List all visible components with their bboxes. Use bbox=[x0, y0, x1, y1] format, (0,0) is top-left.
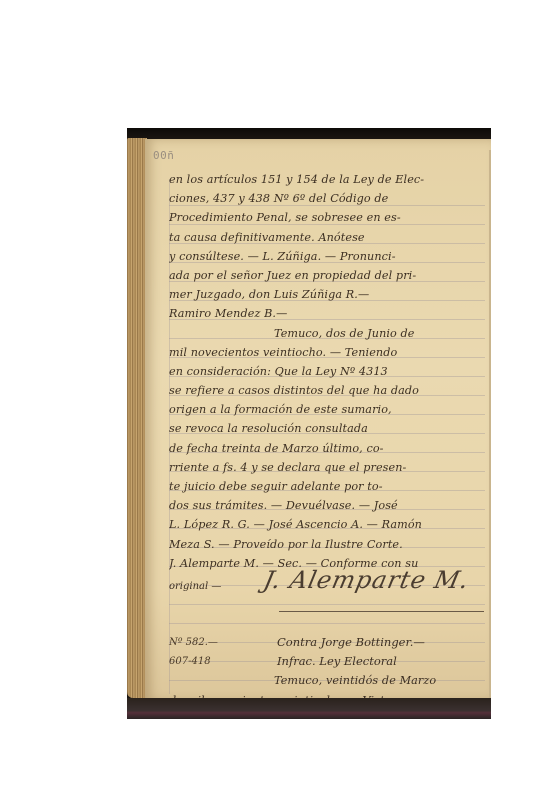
text-line: original — bbox=[169, 577, 221, 596]
case-subject: Infrac. Ley Electoral bbox=[277, 652, 397, 671]
entry-two-first-line: 3º Temuco, dos de Junio de bbox=[169, 324, 489, 343]
text-line: ta causa definitivamente. Anótese bbox=[169, 228, 489, 247]
spacer bbox=[169, 611, 489, 633]
case-header: 607-418 Infrac. Ley Electoral bbox=[169, 652, 489, 671]
text-line: se refiere a casos distintos del que ha … bbox=[169, 381, 489, 400]
text-line: se revoca la resolución consultada bbox=[169, 419, 489, 438]
signature: J. Alemparte M. bbox=[262, 571, 471, 590]
signature-row: original — J. Alemparte M. bbox=[169, 573, 489, 611]
case-folio: 607-418 bbox=[169, 652, 211, 671]
case-header: Nº 582.— Contra Jorge Bottinger.— bbox=[169, 633, 489, 652]
text-line: Meza S. — Proveído por la Ilustre Corte. bbox=[169, 535, 489, 554]
ledger-page: 00ñ en los artículos 151 y 154 de la Ley… bbox=[145, 139, 491, 701]
text-line: ada por el señor Juez en propiedad del p… bbox=[169, 266, 489, 285]
page-right-edge bbox=[489, 150, 491, 710]
page-number: 00ñ bbox=[153, 149, 174, 162]
text-line: ciones, 437 y 438 Nº 6º del Código de bbox=[169, 189, 489, 208]
text-line: y consúltese. — L. Zúñiga. — Pronunci- bbox=[169, 247, 489, 266]
text-line: rriente a fs. 4 y se declara que el pres… bbox=[169, 458, 489, 477]
text-line: Procedimiento Penal, se sobresee en es- bbox=[169, 208, 489, 227]
text-line: mer Juzgado, don Luis Zúñiga R.— bbox=[169, 285, 489, 304]
text-line: te juicio debe seguir adelante por to- bbox=[169, 477, 489, 496]
signature-underline bbox=[279, 611, 484, 612]
text-line: L. López R. G. — José Ascencio A. — Ramó… bbox=[169, 515, 489, 534]
text-line: origen a la formación de este sumario, bbox=[169, 400, 489, 419]
text-line: en consideración: Que la Ley Nº 4313 bbox=[169, 362, 489, 381]
text-line: de fecha treinta de Marzo último, co- bbox=[169, 439, 489, 458]
page-edges bbox=[127, 138, 147, 698]
ledger-photo: 00ñ en los artículos 151 y 154 de la Ley… bbox=[127, 128, 491, 719]
case-number: Nº 582.— bbox=[169, 633, 218, 652]
bottom-shadow bbox=[127, 698, 491, 719]
text-line: mil novecientos veintiocho. — Teniendo bbox=[169, 343, 489, 362]
case-parties: Contra Jorge Bottinger.— bbox=[277, 633, 425, 652]
text-line: Temuco, veintidós de Marzo bbox=[169, 671, 489, 690]
text-line: Ramiro Mendez B.— bbox=[169, 304, 489, 323]
text-line: dos sus trámites. — Devuélvase. — José bbox=[169, 496, 489, 515]
handwritten-text: en los artículos 151 y 154 de la Ley de … bbox=[169, 170, 489, 719]
text-line: en los artículos 151 y 154 de la Ley de … bbox=[169, 170, 489, 189]
text-line: Temuco, dos de Junio de bbox=[274, 327, 415, 340]
